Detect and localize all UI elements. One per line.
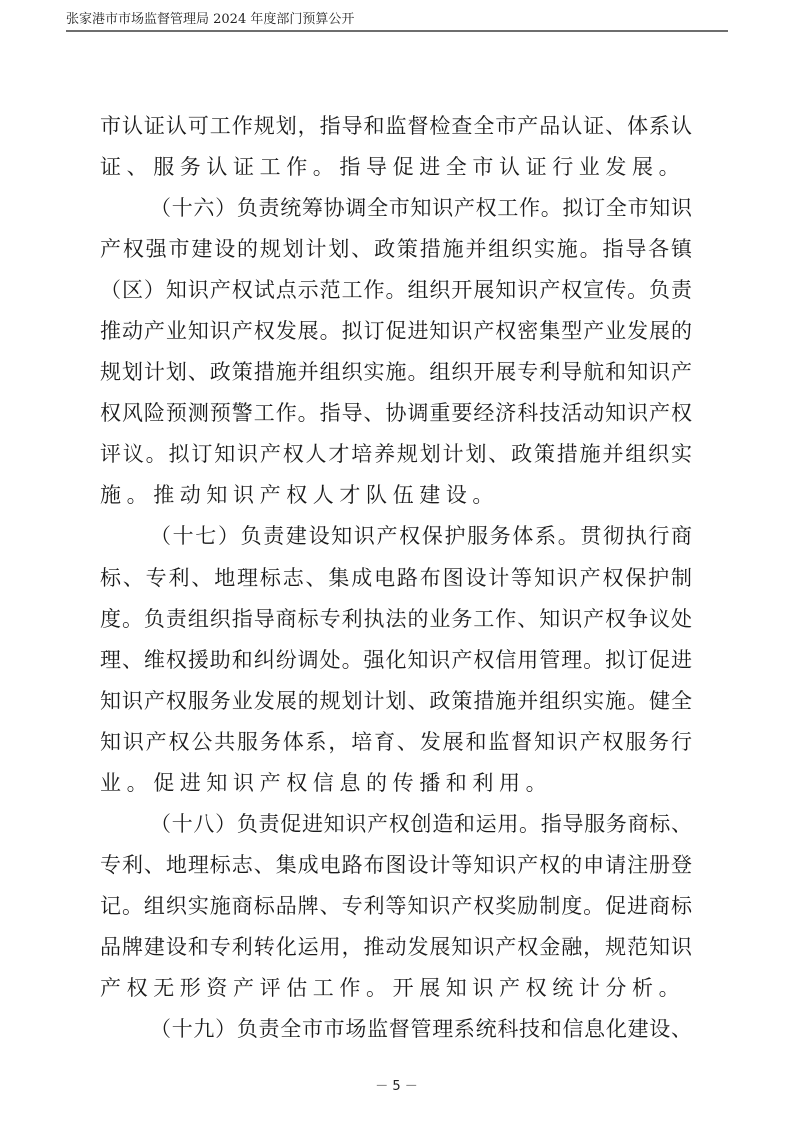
page-header: 张家港市市场监督管理局 2024 年度部门预算公开: [66, 8, 728, 32]
body-line: 业。促进知识产权信息的传播和利用。: [100, 763, 692, 804]
body-line: （区）知识产权试点示范工作。组织开展知识产权宣传。负责: [100, 270, 692, 311]
body-line: 标、专利、地理标志、集成电路布图设计等知识产权保护制: [100, 558, 692, 599]
body-line: 理、维权援助和纠纷调处。强化知识产权信用管理。拟订促进: [100, 640, 692, 681]
body-line: 知识产权公共服务体系，培育、发展和监督知识产权服务行: [100, 722, 692, 763]
body-line: 施。推动知识产权人才队伍建设。: [100, 475, 692, 516]
body-line: （十七）负责建设知识产权保护服务体系。贯彻执行商: [100, 516, 692, 557]
body-line: 产权无形资产评估工作。开展知识产权统计分析。: [100, 968, 692, 1009]
body-line: 专利、地理标志、集成电路布图设计等知识产权的申请注册登: [100, 845, 692, 886]
body-line: （十九）负责全市市场监督管理系统科技和信息化建设、: [100, 1009, 692, 1050]
body-line: 规划计划、政策措施并组织实施。组织开展专利导航和知识产: [100, 352, 692, 393]
page-number: － 5 －: [0, 1078, 793, 1096]
body-line: 记。组织实施商标品牌、专利等知识产权奖励制度。促进商标: [100, 886, 692, 927]
body-line: 市认证认可工作规划，指导和监督检查全市产品认证、体系认: [100, 106, 692, 147]
page-header-title: 张家港市市场监督管理局 2024 年度部门预算公开: [66, 12, 354, 27]
body-line: 产权强市建设的规划计划、政策措施并组织实施。指导各镇: [100, 229, 692, 270]
document-body: 市认证认可工作规划，指导和监督检查全市产品认证、体系认 证、服务认证工作。指导促…: [100, 106, 692, 1050]
body-line: 权风险预测预警工作。指导、协调重要经济科技活动知识产权: [100, 393, 692, 434]
body-line: 推动产业知识产权发展。拟订促进知识产权密集型产业发展的: [100, 311, 692, 352]
body-line: 评议。拟订知识产权人才培养规划计划、政策措施并组织实: [100, 434, 692, 475]
body-line: 知识产权服务业发展的规划计划、政策措施并组织实施。健全: [100, 681, 692, 722]
body-line: 证、服务认证工作。指导促进全市认证行业发展。: [100, 147, 692, 188]
body-line: （十八）负责促进知识产权创造和运用。指导服务商标、: [100, 804, 692, 845]
body-line: 品牌建设和专利转化运用，推动发展知识产权金融，规范知识: [100, 927, 692, 968]
body-line: （十六）负责统筹协调全市知识产权工作。拟订全市知识: [100, 188, 692, 229]
body-line: 度。负责组织指导商标专利执法的业务工作、知识产权争议处: [100, 599, 692, 640]
